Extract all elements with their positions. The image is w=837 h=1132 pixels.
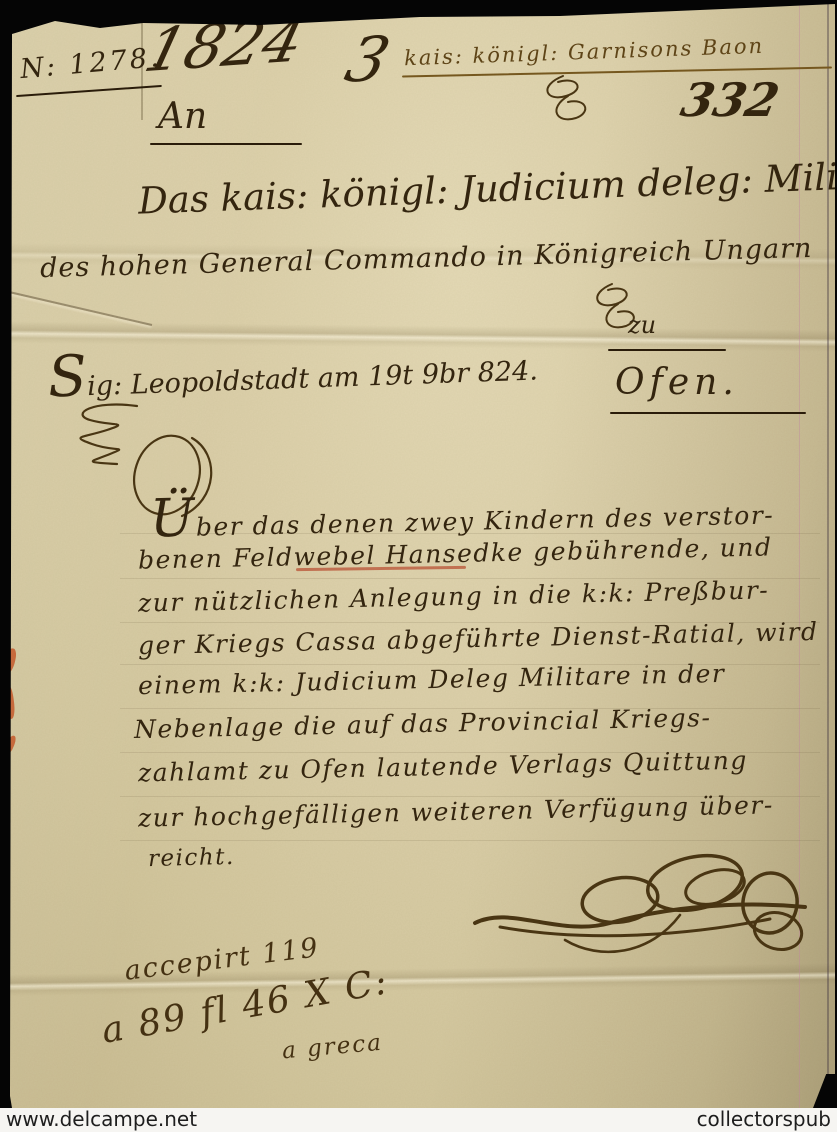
watermark-left: www.delcampe.net — [6, 1107, 197, 1131]
paper-texture — [0, 0, 837, 1132]
scanned-letter: N: 1278. 1824 3 kais: königl: Garnisons … — [0, 0, 837, 1132]
watermark-bar: www.delcampe.net collectorspub — [0, 1108, 837, 1132]
watermark-right: collectorspub — [697, 1107, 831, 1131]
paper-sheet: N: 1278. 1824 3 kais: königl: Garnisons … — [0, 0, 837, 1132]
